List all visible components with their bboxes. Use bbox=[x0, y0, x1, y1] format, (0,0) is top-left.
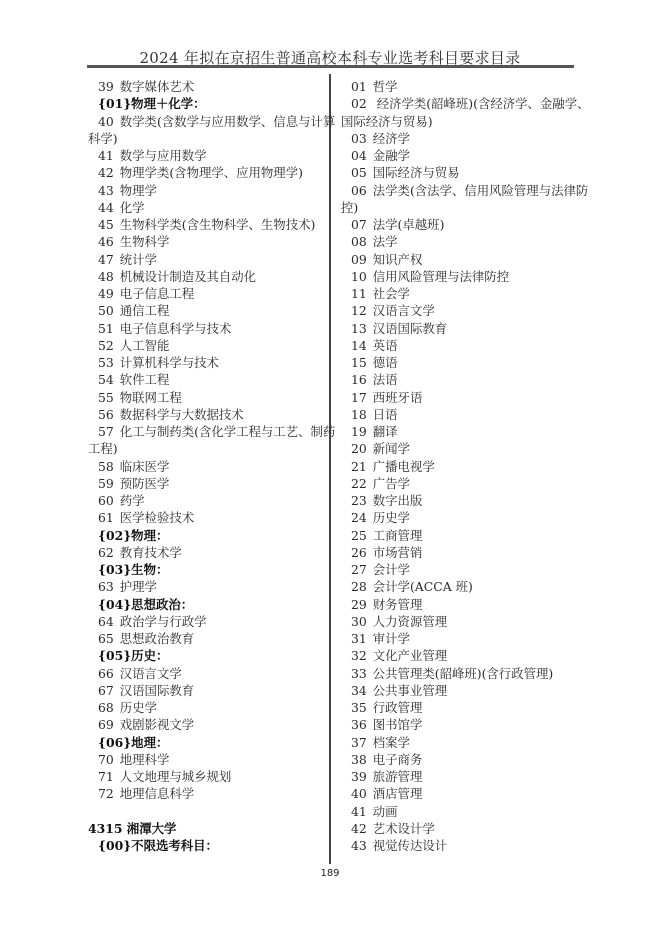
major-name: 机械设计制造及其自动化 bbox=[120, 269, 256, 284]
major-name: 审计学 bbox=[373, 631, 410, 646]
major-name: 汉语言文学 bbox=[120, 666, 182, 681]
major-item: 22广告学 bbox=[341, 475, 577, 492]
major-item: 65思想政治教育 bbox=[88, 630, 324, 647]
major-name: 知识产权 bbox=[373, 252, 423, 267]
major-item: 26市场营销 bbox=[341, 544, 577, 561]
major-item: 43物理学 bbox=[88, 182, 324, 199]
major-code: 19 bbox=[351, 423, 367, 440]
major-name: 文化产业管理 bbox=[373, 648, 447, 663]
subject-requirement-group: {05}历史： bbox=[88, 647, 324, 664]
major-item: 08法学 bbox=[341, 233, 577, 250]
major-code: 40 bbox=[351, 785, 367, 802]
major-name: 汉语国际教育 bbox=[120, 683, 194, 698]
spacer bbox=[88, 803, 324, 820]
major-item: 48机械设计制造及其自动化 bbox=[88, 268, 324, 285]
subject-requirement-group: {00}不限选考科目： bbox=[88, 837, 324, 854]
major-name: 广播电视学 bbox=[373, 459, 435, 474]
major-code: 38 bbox=[351, 751, 367, 768]
major-name: 护理学 bbox=[120, 579, 157, 594]
major-name: 市场营销 bbox=[373, 545, 423, 560]
major-code: 44 bbox=[98, 199, 114, 216]
major-item: 36图书馆学 bbox=[341, 716, 577, 733]
major-code: 41 bbox=[351, 803, 367, 820]
major-name: 视觉传达设计 bbox=[373, 838, 447, 853]
major-code: 04 bbox=[351, 147, 367, 164]
major-code: 20 bbox=[351, 440, 367, 457]
major-code: 29 bbox=[351, 596, 367, 613]
major-name: 人力资源管理 bbox=[373, 614, 447, 629]
major-code: 39 bbox=[351, 768, 367, 785]
major-name: 思想政治教育 bbox=[120, 631, 194, 646]
major-code: 58 bbox=[98, 458, 114, 475]
major-item: 06法学类(含法学、信用风险管理与法律防 bbox=[341, 182, 577, 199]
major-name: 金融学 bbox=[373, 148, 410, 163]
major-code: 12 bbox=[351, 302, 367, 319]
major-code: 52 bbox=[98, 337, 114, 354]
major-name: 戏剧影视文学 bbox=[120, 717, 194, 732]
major-item-continuation: 国际经济与贸易) bbox=[341, 113, 577, 130]
major-code: 35 bbox=[351, 699, 367, 716]
subject-requirement-group: {01}物理＋化学： bbox=[88, 95, 324, 112]
major-code: 50 bbox=[98, 302, 114, 319]
major-item: 46生物科学 bbox=[88, 233, 324, 250]
major-name: 电子商务 bbox=[373, 752, 423, 767]
major-code: 14 bbox=[351, 337, 367, 354]
major-code: 16 bbox=[351, 371, 367, 388]
left-column: 39数字媒体艺术{01}物理＋化学：40数学类(含数学与应用数学、信息与计算科学… bbox=[88, 78, 324, 854]
major-item: 17西班牙语 bbox=[341, 389, 577, 406]
major-code: 32 bbox=[351, 647, 367, 664]
major-name: 英语 bbox=[373, 338, 398, 353]
major-code: 27 bbox=[351, 561, 367, 578]
major-name: 历史学 bbox=[120, 700, 157, 715]
major-name: 人工智能 bbox=[120, 338, 170, 353]
major-item: 34公共事业管理 bbox=[341, 682, 577, 699]
major-name: 会计学(ACCA 班) bbox=[373, 579, 473, 594]
major-name: 教育技术学 bbox=[120, 545, 182, 560]
major-item: 19翻译 bbox=[341, 423, 577, 440]
major-name: 汉语言文学 bbox=[373, 303, 435, 318]
major-code: 30 bbox=[351, 613, 367, 630]
major-name: 数据科学与大数据技术 bbox=[120, 407, 244, 422]
major-code: 18 bbox=[351, 406, 367, 423]
major-code: 34 bbox=[351, 682, 367, 699]
major-item: 50通信工程 bbox=[88, 302, 324, 319]
major-code: 42 bbox=[351, 820, 367, 837]
major-name: 物理学 bbox=[120, 183, 157, 198]
major-code: 45 bbox=[98, 216, 114, 233]
major-name: 图书馆学 bbox=[373, 717, 423, 732]
major-item: 37档案学 bbox=[341, 734, 577, 751]
major-code: 37 bbox=[351, 734, 367, 751]
major-item: 33公共管理类(韶峰班)(含行政管理) bbox=[341, 665, 577, 682]
major-item: 41数学与应用数学 bbox=[88, 147, 324, 164]
major-name: 翻译 bbox=[373, 424, 398, 439]
subject-requirement-group: {06}地理： bbox=[88, 734, 324, 751]
header-rule bbox=[87, 65, 574, 68]
major-code: 43 bbox=[98, 182, 114, 199]
major-item: 69戏剧影视文学 bbox=[88, 716, 324, 733]
major-code: 15 bbox=[351, 354, 367, 371]
major-item: 02 经济学类(韶峰班)(含经济学、金融学、 bbox=[341, 95, 577, 112]
major-code: 33 bbox=[351, 665, 367, 682]
major-item: 14英语 bbox=[341, 337, 577, 354]
major-name: 动画 bbox=[373, 804, 398, 819]
major-code: 55 bbox=[98, 389, 114, 406]
major-item: 07法学(卓越班) bbox=[341, 216, 577, 233]
major-code: 03 bbox=[351, 130, 367, 147]
major-name: 哲学 bbox=[373, 79, 398, 94]
major-code: 05 bbox=[351, 164, 367, 181]
major-name: 档案学 bbox=[373, 735, 410, 750]
major-item: 21广播电视学 bbox=[341, 458, 577, 475]
major-name: 软件工程 bbox=[120, 372, 170, 387]
major-item: 05国际经济与贸易 bbox=[341, 164, 577, 181]
major-name: 政治学与行政学 bbox=[120, 614, 207, 629]
major-code: 65 bbox=[98, 630, 114, 647]
major-item: 11社会学 bbox=[341, 285, 577, 302]
major-item: 58临床医学 bbox=[88, 458, 324, 475]
page-number: 189 bbox=[0, 868, 660, 879]
major-item: 20新闻学 bbox=[341, 440, 577, 457]
major-name: 计算机科学与技术 bbox=[120, 355, 219, 370]
major-name: 法学 bbox=[373, 234, 398, 249]
major-code: 40 bbox=[98, 113, 114, 130]
major-name: 数学与应用数学 bbox=[120, 148, 207, 163]
major-item: 30人力资源管理 bbox=[341, 613, 577, 630]
major-item: 56数据科学与大数据技术 bbox=[88, 406, 324, 423]
major-code: 68 bbox=[98, 699, 114, 716]
major-code: 57 bbox=[98, 423, 114, 440]
major-item: 45生物科学类(含生物科学、生物技术) bbox=[88, 216, 324, 233]
right-column: 01哲学02 经济学类(韶峰班)(含经济学、金融学、国际经济与贸易)03经济学0… bbox=[341, 78, 577, 854]
major-item: 49电子信息工程 bbox=[88, 285, 324, 302]
major-name: 数学类(含数学与应用数学、信息与计算 bbox=[120, 114, 335, 129]
major-name: 物联网工程 bbox=[120, 390, 182, 405]
major-item: 16法语 bbox=[341, 371, 577, 388]
major-code: 70 bbox=[98, 751, 114, 768]
major-item: 62教育技术学 bbox=[88, 544, 324, 561]
major-code: 11 bbox=[351, 285, 367, 302]
major-item: 57化工与制药类(含化学工程与工艺、制药 bbox=[88, 423, 324, 440]
subject-requirement-group: {03}生物： bbox=[88, 561, 324, 578]
major-item: 53计算机科学与技术 bbox=[88, 354, 324, 371]
major-item: 51电子信息科学与技术 bbox=[88, 320, 324, 337]
major-code: 41 bbox=[98, 147, 114, 164]
major-code: 10 bbox=[351, 268, 367, 285]
major-item: 10信用风险管理与法律防控 bbox=[341, 268, 577, 285]
major-item: 03经济学 bbox=[341, 130, 577, 147]
major-code: 67 bbox=[98, 682, 114, 699]
major-name: 生物科学 bbox=[120, 234, 170, 249]
major-item: 40数学类(含数学与应用数学、信息与计算 bbox=[88, 113, 324, 130]
major-item: 52人工智能 bbox=[88, 337, 324, 354]
major-code: 47 bbox=[98, 251, 114, 268]
major-item: 12汉语言文学 bbox=[341, 302, 577, 319]
major-name: 经济学 bbox=[373, 131, 410, 146]
major-item-continuation: 工程) bbox=[88, 440, 324, 457]
major-item: 18日语 bbox=[341, 406, 577, 423]
major-name: 会计学 bbox=[373, 562, 410, 577]
major-name: 经济学类(韶峰班)(含经济学、金融学、 bbox=[373, 96, 590, 111]
major-name: 预防医学 bbox=[120, 476, 170, 491]
major-item: 04金融学 bbox=[341, 147, 577, 164]
major-code: 02 bbox=[351, 95, 367, 112]
major-item: 41动画 bbox=[341, 803, 577, 820]
major-item: 43视觉传达设计 bbox=[341, 837, 577, 854]
major-name: 工商管理 bbox=[373, 528, 423, 543]
major-item: 31审计学 bbox=[341, 630, 577, 647]
major-item: 70地理科学 bbox=[88, 751, 324, 768]
major-code: 22 bbox=[351, 475, 367, 492]
major-item: 55物联网工程 bbox=[88, 389, 324, 406]
major-code: 39 bbox=[98, 78, 114, 95]
major-name: 日语 bbox=[373, 407, 398, 422]
major-code: 66 bbox=[98, 665, 114, 682]
major-code: 25 bbox=[351, 527, 367, 544]
major-name: 生物科学类(含生物科学、生物技术) bbox=[120, 217, 316, 232]
major-item: 71人文地理与城乡规划 bbox=[88, 768, 324, 785]
major-code: 13 bbox=[351, 320, 367, 337]
major-name: 公共管理类(韶峰班)(含行政管理) bbox=[373, 666, 553, 681]
major-item: 44化学 bbox=[88, 199, 324, 216]
major-code: 06 bbox=[351, 182, 367, 199]
major-code: 26 bbox=[351, 544, 367, 561]
major-item: 01哲学 bbox=[341, 78, 577, 95]
major-code: 28 bbox=[351, 578, 367, 595]
major-name: 酒店管理 bbox=[373, 786, 423, 801]
major-item: 47统计学 bbox=[88, 251, 324, 268]
major-code: 24 bbox=[351, 509, 367, 526]
column-divider bbox=[329, 74, 331, 864]
subject-requirement-group: {02}物理： bbox=[88, 527, 324, 544]
major-item-continuation: 科学) bbox=[88, 130, 324, 147]
major-code: 61 bbox=[98, 509, 114, 526]
major-code: 48 bbox=[98, 268, 114, 285]
major-item: 72地理信息科学 bbox=[88, 785, 324, 802]
major-name: 行政管理 bbox=[373, 700, 423, 715]
major-name: 物理学类(含物理学、应用物理学) bbox=[120, 165, 303, 180]
major-item: 42艺术设计学 bbox=[341, 820, 577, 837]
major-item: 63护理学 bbox=[88, 578, 324, 595]
major-name: 德语 bbox=[373, 355, 398, 370]
major-name: 国际经济与贸易 bbox=[373, 165, 460, 180]
major-code: 51 bbox=[98, 320, 114, 337]
major-code: 60 bbox=[98, 492, 114, 509]
major-name: 公共事业管理 bbox=[373, 683, 447, 698]
major-code: 59 bbox=[98, 475, 114, 492]
major-code: 17 bbox=[351, 389, 367, 406]
major-name: 地理信息科学 bbox=[120, 786, 194, 801]
major-code: 62 bbox=[98, 544, 114, 561]
major-item: 39旅游管理 bbox=[341, 768, 577, 785]
major-code: 31 bbox=[351, 630, 367, 647]
major-item: 35行政管理 bbox=[341, 699, 577, 716]
major-name: 旅游管理 bbox=[373, 769, 423, 784]
major-code: 71 bbox=[98, 768, 114, 785]
major-name: 法学(卓越班) bbox=[373, 217, 445, 232]
major-name: 西班牙语 bbox=[373, 390, 423, 405]
major-code: 54 bbox=[98, 371, 114, 388]
major-name: 化学 bbox=[120, 200, 145, 215]
major-code: 42 bbox=[98, 164, 114, 181]
major-name: 电子信息工程 bbox=[120, 286, 194, 301]
major-code: 49 bbox=[98, 285, 114, 302]
major-name: 化工与制药类(含化学工程与工艺、制药 bbox=[120, 424, 335, 439]
major-name: 数字出版 bbox=[373, 493, 423, 508]
major-code: 07 bbox=[351, 216, 367, 233]
major-item: 24历史学 bbox=[341, 509, 577, 526]
major-name: 通信工程 bbox=[120, 303, 170, 318]
major-name: 电子信息科学与技术 bbox=[120, 321, 232, 336]
major-name: 艺术设计学 bbox=[373, 821, 435, 836]
major-item: 09知识产权 bbox=[341, 251, 577, 268]
major-name: 信用风险管理与法律防控 bbox=[373, 269, 509, 284]
major-name: 法学类(含法学、信用风险管理与法律防 bbox=[373, 183, 588, 198]
major-item: 29财务管理 bbox=[341, 596, 577, 613]
major-item: 15德语 bbox=[341, 354, 577, 371]
major-name: 数字媒体艺术 bbox=[120, 79, 194, 94]
major-item: 67汉语国际教育 bbox=[88, 682, 324, 699]
major-code: 46 bbox=[98, 233, 114, 250]
major-item: 64政治学与行政学 bbox=[88, 613, 324, 630]
major-code: 63 bbox=[98, 578, 114, 595]
major-code: 01 bbox=[351, 78, 367, 95]
major-name: 法语 bbox=[373, 372, 398, 387]
major-item: 42物理学类(含物理学、应用物理学) bbox=[88, 164, 324, 181]
major-item: 23数字出版 bbox=[341, 492, 577, 509]
major-name: 财务管理 bbox=[373, 597, 423, 612]
major-item: 13汉语国际教育 bbox=[341, 320, 577, 337]
major-item: 25工商管理 bbox=[341, 527, 577, 544]
major-code: 72 bbox=[98, 785, 114, 802]
major-name: 社会学 bbox=[373, 286, 410, 301]
major-name: 广告学 bbox=[373, 476, 410, 491]
major-name: 历史学 bbox=[373, 510, 410, 525]
major-code: 36 bbox=[351, 716, 367, 733]
major-item: 27会计学 bbox=[341, 561, 577, 578]
major-item: 66汉语言文学 bbox=[88, 665, 324, 682]
major-name: 汉语国际教育 bbox=[373, 321, 447, 336]
major-name: 医学检验技术 bbox=[120, 510, 194, 525]
major-name: 地理科学 bbox=[120, 752, 170, 767]
major-code: 69 bbox=[98, 716, 114, 733]
major-code: 09 bbox=[351, 251, 367, 268]
major-item: 61医学检验技术 bbox=[88, 509, 324, 526]
major-code: 21 bbox=[351, 458, 367, 475]
major-item-continuation: 控) bbox=[341, 199, 577, 216]
university-heading: 4315 湘潭大学 bbox=[88, 820, 324, 837]
major-item: 32文化产业管理 bbox=[341, 647, 577, 664]
major-code: 56 bbox=[98, 406, 114, 423]
major-name: 药学 bbox=[120, 493, 145, 508]
major-item: 54软件工程 bbox=[88, 371, 324, 388]
major-code: 23 bbox=[351, 492, 367, 509]
major-code: 64 bbox=[98, 613, 114, 630]
major-code: 53 bbox=[98, 354, 114, 371]
major-item: 40酒店管理 bbox=[341, 785, 577, 802]
major-name: 人文地理与城乡规划 bbox=[120, 769, 232, 784]
major-name: 临床医学 bbox=[120, 459, 170, 474]
major-item: 60药学 bbox=[88, 492, 324, 509]
major-name: 新闻学 bbox=[373, 441, 410, 456]
major-item: 28会计学(ACCA 班) bbox=[341, 578, 577, 595]
major-item: 68历史学 bbox=[88, 699, 324, 716]
subject-requirement-group: {04}思想政治： bbox=[88, 596, 324, 613]
major-name: 统计学 bbox=[120, 252, 157, 267]
major-item: 38电子商务 bbox=[341, 751, 577, 768]
major-code: 08 bbox=[351, 233, 367, 250]
major-code: 43 bbox=[351, 837, 367, 854]
major-item: 39数字媒体艺术 bbox=[88, 78, 324, 95]
major-item: 59预防医学 bbox=[88, 475, 324, 492]
